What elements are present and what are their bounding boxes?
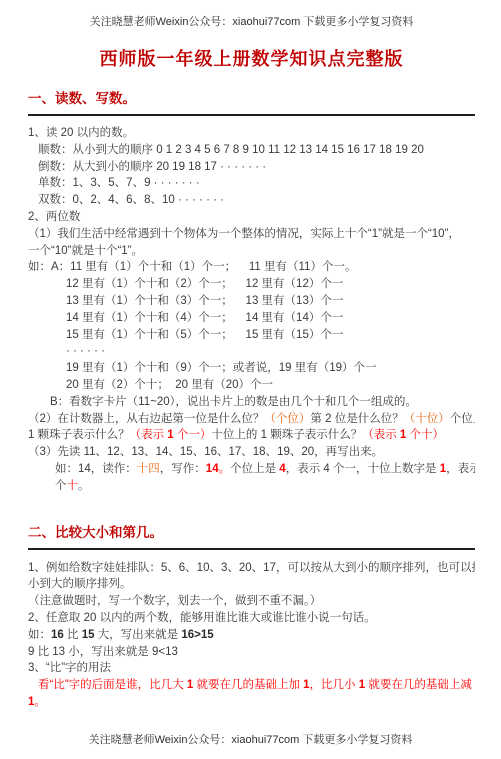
section-2-heading: 二、比较大小和第几。 [28,521,475,541]
text-line: （3）先读 11、12、13、14、15、16、17、18、19、20，再写出来… [28,444,475,461]
text-segment: 大，写出来就是 [94,629,181,641]
text-segment: ，比几小 [310,679,359,691]
text-segment: 就要在几的基础上减 [365,679,472,691]
text-segment: ，写作： [160,463,206,475]
text-line: 3、“比”字的用法 [28,660,475,677]
text-segment: 15 [82,629,95,641]
text-line: 13 里有（1）个十和（3）个一； 13 里有（13）个一 [28,293,475,310]
text-segment: 倒数：从大到小的顺序 20 19 18 17 · · · · · · · [38,161,266,173]
text-segment: 1 颗珠子表示什么？ [28,429,130,441]
text-segment: （注意做题时，写一个数字，划去一个，做到不重不漏。） [28,595,321,607]
text-line: 看“比”字的后面是谁，比几大 1 就要在几的基础上加 1，比几小 1 就要在几的… [28,677,475,694]
text-line: 倒数：从大到小的顺序 20 19 18 17 · · · · · · · [28,159,475,176]
text-line: 如：A：11 里有（1）个十和（1）个一； 11 里有（11）个一。 [28,259,475,276]
text-line: 15 里有（1）个十和（5）个一； 15 里有（15）个一 [28,327,475,344]
text-segment: 单数：1、3、5、7、9 · · · · · · · [38,177,200,189]
text-segment: （1）我们生活中经常遇到十个物体为一个整体的情况，实际上十个“1”就是一个“10… [28,228,460,240]
header-note: 关注晓慧老师Weixin公众号：xiaohui77com 下载更多小学复习资料 [28,13,475,29]
section-2-body: 1、例如给数字娃娃排队：5、6、10、3、20、17，可以按从大到小的顺序排列，… [28,560,475,711]
text-line: 2、两位数 [28,209,475,226]
text-segment: 如：A：11 里有（1）个十和（1）个一； 11 里有（11）个一。 [28,261,356,273]
text-line: 如：16 比 15 大，写出来就是 16>15 [28,627,475,644]
text-segment: 个位上的 [450,413,475,425]
text-line: 1 颗珠子表示什么？（表示 1 个一）十位上的 1 颗珠子表示什么？（表示 1 … [28,427,475,444]
text-line: 小到大的顺序排列。 [28,576,475,593]
text-segment: 如： [28,629,51,641]
text-segment: 十位上的 1 颗珠子表示什么？ [211,429,362,441]
text-segment: 小到大的顺序排列。 [28,578,132,590]
text-segment: 2、两位数 [28,211,80,223]
text-segment: 2、任意取 20 以内的两个数，能够用谁比谁大或谁比谁小说一句话。 [28,612,376,624]
text-segment: 14 [206,463,219,475]
text-line: 9 比 13 小，写出来就是 9<13 [28,644,475,661]
text-line: B：看数字卡片（11~20），说出卡片上的数是由几个十和几个一组成的。 [28,394,475,411]
text-segment: （3）先读 11、12、13、14、15、16、17、18、19、20，再写出来… [28,446,383,458]
text-segment: B：看数字卡片（11~20），说出卡片上的数是由几个十和几个一组成的。 [50,396,417,408]
text-line: 个十。 [28,478,475,495]
text-segment: 16>15 [181,629,213,641]
section-1-body: 1、读 20 以内的数。顺数：从小到大的顺序 0 1 2 3 4 5 6 7 8… [28,125,475,495]
section-read-write-numbers: 一、读数、写数。 1、读 20 以内的数。顺数：从小到大的顺序 0 1 2 3 … [28,87,475,495]
text-line: （1）我们生活中经常遇到十个物体为一个整体的情况，实际上十个“1”就是一个“10… [28,226,475,243]
text-segment: 13 里有（1）个十和（3）个一； 13 里有（13）个一 [66,295,343,307]
text-segment: （个位） [264,413,310,425]
text-segment: 1、读 20 以内的数。 [28,127,134,139]
text-line: 1、读 20 以内的数。 [28,125,475,142]
text-segment: 一个“10”就是十个“1”。 [28,245,143,257]
text-segment: · · · · · · [66,345,105,357]
page-title: 西师版一年级上册数学知识点完整版 [28,45,475,71]
text-line: 19 里有（1）个十和（9）个一；或者说，19 里有（19）个一 [28,360,475,377]
text-line: 顺数：从小到大的顺序 0 1 2 3 4 5 6 7 8 9 10 11 12 … [28,142,475,159]
text-segment: 1、例如给数字娃娃排队：5、6、10、3、20、17，可以按从大到小的顺序排列，… [28,562,475,574]
text-segment: （十位） [404,413,450,425]
text-line: 单数：1、3、5、7、9 · · · · · · · [28,175,475,192]
text-segment: 十 [67,480,79,492]
text-segment: 第 2 位是什么位？ [310,413,403,425]
section-compare-size: 二、比较大小和第几。 1、例如给数字娃娃排队：5、6、10、3、20、17，可以… [28,521,475,711]
text-segment: 十四 [137,463,160,475]
footer-note: 关注晓慧老师Weixin公众号：xiaohui77com 下载更多小学复习资料 [0,731,501,747]
text-line: （注意做题时，写一个数字，划去一个，做到不重不漏。） [28,593,475,610]
text-segment: 顺数：从小到大的顺序 0 1 2 3 4 5 6 7 8 9 10 11 12 … [38,144,424,156]
text-line: 1。 [28,694,475,711]
text-line: · · · · · · [28,343,475,360]
section-2-divider [28,548,475,550]
text-segment: （表示 [130,429,168,441]
text-segment: 19 里有（1）个十和（9）个一；或者说，19 里有（19）个一 [66,362,377,374]
text-segment: （表示 [362,429,400,441]
text-segment: （2）在计数器上，从右边起第一位是什么位？ [28,413,264,425]
text-segment: 。 [78,480,90,492]
text-line: 1、例如给数字娃娃排队：5、6、10、3、20、17，可以按从大到小的顺序排列，… [28,560,475,577]
text-segment: 就要在几的基础上加 [193,679,303,691]
text-segment: 个十） [406,429,444,441]
text-line: 如：14，读作：十四，写作：14。个位上是 4，表示 4 个一，十位上数字是 1… [28,461,475,478]
text-segment: 如：14，读作： [55,463,137,475]
text-line: 双数：0、2、4、6、8、10 · · · · · · · [28,192,475,209]
text-segment: 9 比 13 小，写出来就是 9<13 [28,646,178,658]
text-segment: 20 里有（2）个十； 20 里有（20）个一 [66,379,273,391]
text-segment: 14 里有（1）个十和（4）个一； 14 里有（14）个一 [66,312,343,324]
text-line: 一个“10”就是十个“1”。 [28,243,475,260]
text-segment: 个位上是 [230,463,279,475]
text-segment: 比 [64,629,82,641]
text-line: 12 里有（1）个十和（2）个一； 12 里有（12）个一 [28,276,475,293]
text-line: 20 里有（2）个十； 20 里有（20）个一 [28,377,475,394]
text-segment: 双数：0、2、4、6、8、10 · · · · · · · [38,194,224,206]
text-line: 14 里有（1）个十和（4）个一； 14 里有（14）个一 [28,310,475,327]
text-segment: 。 [219,463,231,475]
text-segment: 。 [34,696,46,708]
text-segment: 个 [55,480,67,492]
text-segment: 16 [51,629,64,641]
text-segment: 个一） [174,429,212,441]
text-segment: 15 里有（1）个十和（5）个一； 15 里有（15）个一 [66,329,343,341]
text-segment: ，表示 4 个一，十位上数字是 [286,463,440,475]
text-line: （2）在计数器上，从右边起第一位是什么位？（个位）第 2 位是什么位？（十位）个… [28,411,475,428]
section-1-divider [28,114,475,116]
section-1-heading: 一、读数、写数。 [28,87,475,107]
document-page: 关注晓慧老师Weixin公众号：xiaohui77com 下载更多小学复习资料 … [0,0,501,759]
text-segment: 看“比”字的后面是谁，比几大 [38,679,187,691]
text-segment: 3、“比”字的用法 [28,662,111,674]
text-segment: ，表示 1 [446,463,475,475]
text-segment: 12 里有（1）个十和（2）个一； 12 里有（12）个一 [66,278,343,290]
text-line: 2、任意取 20 以内的两个数，能够用谁比谁大或谁比谁小说一句话。 [28,610,475,627]
